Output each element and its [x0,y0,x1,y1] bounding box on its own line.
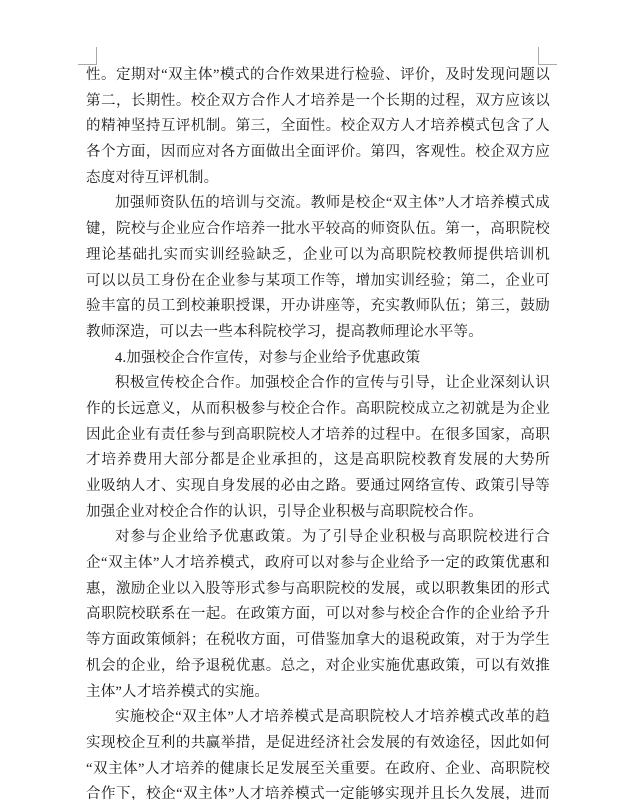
body-text-line: 实现校企互利的共赢举措，是促进经济社会发展的有效途径，因此如何实现校企 [86,731,550,757]
body-text-line: 态度对待互评机制。 [86,166,550,192]
body-text-line: 加强企业对校企合作的认识，引导企业积极与高职院校合作。 [86,500,550,526]
body-text-line: 企“双主体”人才培养模式，政府可以对参与企业给予一定的政策优惠和税收优 [86,551,550,577]
body-text-line: 实施校企“双主体”人才培养模式是高职院校人才培养模式改革的趋势，是 [86,705,550,731]
body-text-line: 惠，激励企业以入股等形式参与高职院校的发展，或以职教集团的形式将企业与 [86,577,550,603]
body-text-line: 主体”人才培养模式的实施。 [86,680,550,706]
body-text-line: 理论基础扎实而实训经验缺乏，企业可以为高职院校教师提供培训机会，如教师 [86,243,550,269]
body-text-line: 业吸纳人才、实现自身发展的必由之路。要通过网络宣传、政策引导等宣传渠道， [86,474,550,500]
body-text-line: 加强师资队伍的培训与交流。教师是校企“双主体”人才培养模式成功的关 [86,191,550,217]
body-text-line: 合作下，校企“双主体”人才培养模式一定能够实现并且长久发展，进而为社会、 [86,782,550,800]
body-text-line: 验丰富的员工到校兼职授课，开办讲座等，充实教师队伍；第三，鼓励高职院校 [86,294,550,320]
section-heading-line: 4.加强校企合作宣传，对参与企业给予优惠政策 [86,346,550,372]
body-text-line: 因此企业有责任参与到高职院校人才培养的过程中。在很多国家，高职院校的人 [86,423,550,449]
body-text-line: 机会的企业，给予退税优惠。总之，对企业实施优惠政策，可以有效推动校企“双 [86,654,550,680]
body-text-line: 键，院校与企业应合作培养一批水平较高的师资队伍。第一，高职院校教师一般 [86,217,550,243]
body-text-line: 等方面政策倾斜；在税收方面，可借鉴加拿大的退税政策，对于为学生提供实践 [86,628,550,654]
body-text-line: 才培养费用大部分都是企业承担的，这是高职院校教育发展的大势所趋，也是企 [86,448,550,474]
body-text-line: 高职院校联系在一起。在政策方面，可以对参与校企合作的企业给予升级、审批 [86,602,550,628]
body-text-line: 各个方面，因而应对各方面做出全面评价。第四，客观性。校企双方应以客观的 [86,140,550,166]
document-page: 性。定期对“双主体”模式的合作效果进行检验、评价，及时发现问题以便纠正。第二，长… [0,0,633,800]
body-text-line: “双主体”人才培养的健康长足发展至关重要。在政府、企业、高职院校的通力 [86,757,550,783]
body-text-line: 性。定期对“双主体”模式的合作效果进行检验、评价，及时发现问题以便纠正。 [86,63,550,89]
document-text-block: 性。定期对“双主体”模式的合作效果进行检验、评价，及时发现问题以便纠正。第二，长… [86,63,550,800]
body-text-line: 教师深造，可以去一些本科院校学习，提高教师理论水平等。 [86,320,550,346]
body-text-line: 可以以员工身份在企业参与某项工作等，增加实训经验；第二，企业可以派遣经 [86,269,550,295]
body-text-line: 对参与企业给予优惠政策。为了引导企业积极与高职院校进行合作，推进校 [86,525,550,551]
body-text-line: 积极宣传校企合作。加强校企合作的宣传与引导，让企业深刻认识到校企合 [86,371,550,397]
body-text-line: 第二，长期性。校企双方合作人才培养是一个长期的过程，双方应该以持之以恒 [86,89,550,115]
body-text-line: 的精神坚持互评机制。第三，全面性。校企双方人才培养模式包含了人才培养的 [86,114,550,140]
body-text-line: 作的长远意义，从而积极参与校企合作。高职院校成立之初就是为企业服务的， [86,397,550,423]
